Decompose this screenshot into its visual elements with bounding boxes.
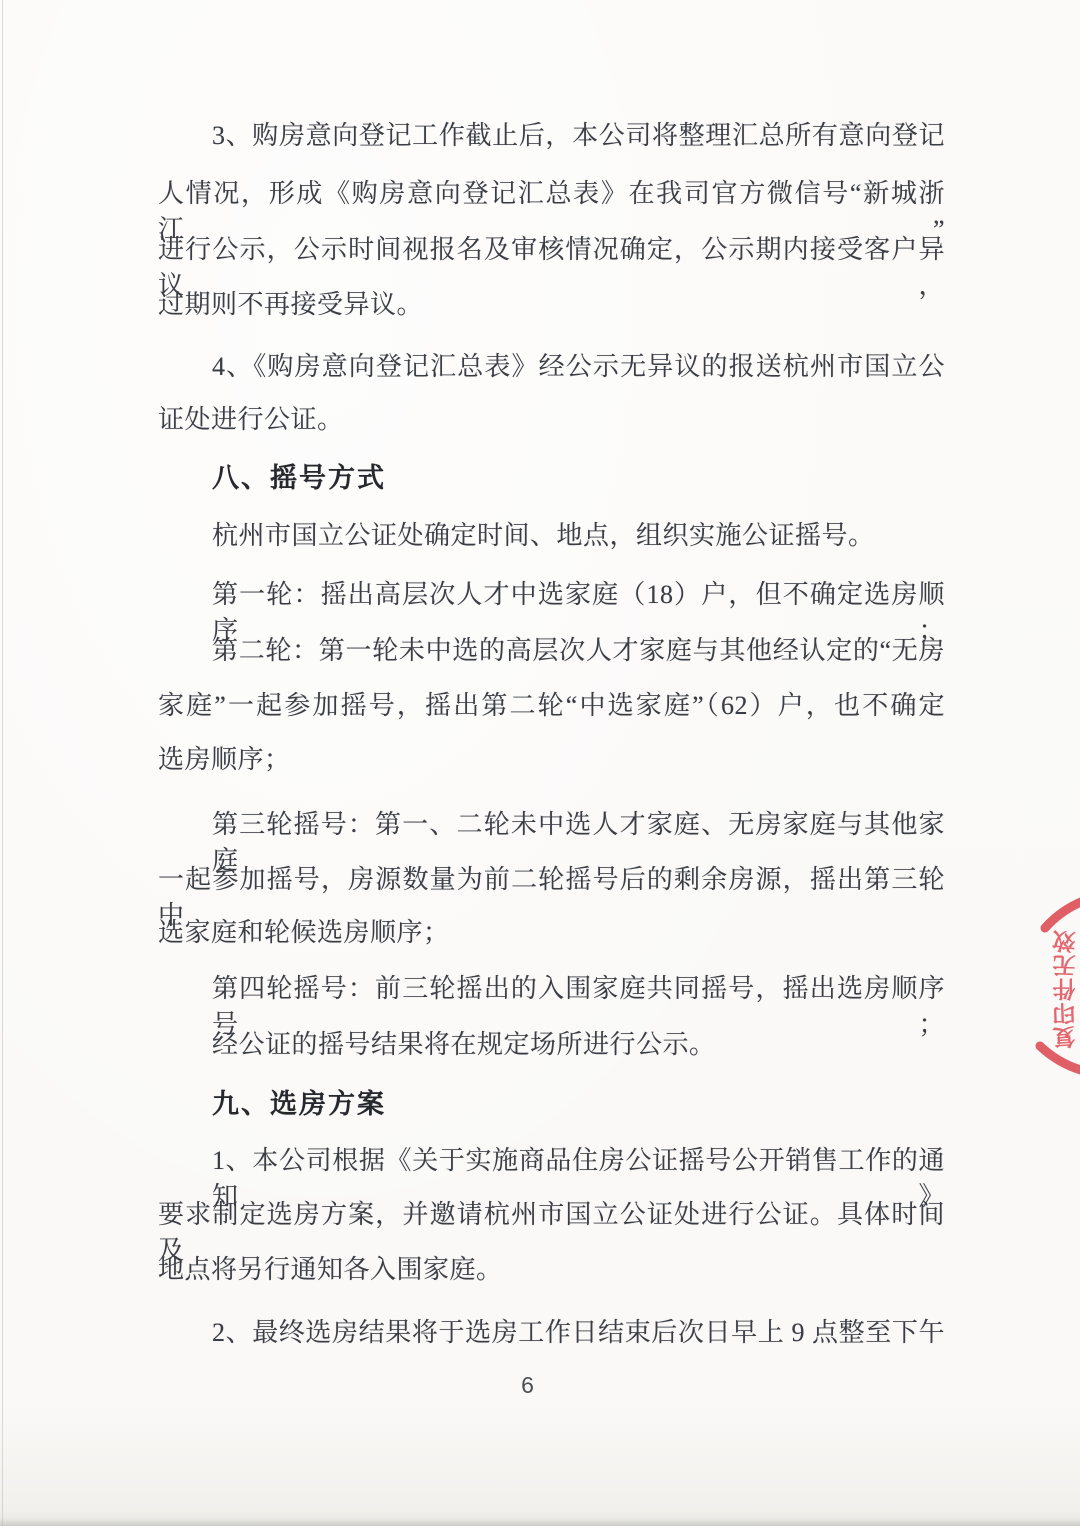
stamp-arc-top	[1045, 900, 1080, 928]
document-page: 3、购房意向登记工作截止后，本公司将整理汇总所有意向登记 人情况，形成《购房意向…	[0, 0, 1080, 1526]
document-line: 4、《购房意向登记汇总表》经公示无异议的报送杭州市国立公	[158, 349, 945, 385]
stamp-char: 印	[1052, 1000, 1076, 1026]
document-line: 杭州市国立公证处确定时间、地点，组织实施公证摇号。	[158, 518, 945, 554]
red-seal-stamp: 效 无 件 印 复	[1032, 893, 1080, 1079]
document-line: 家庭”一起参加摇号，摇出第二轮“中选家庭”（62）户，也不确定	[158, 688, 945, 724]
document-line: 经公证的摇号结果将在规定场所进行公示。	[158, 1027, 945, 1063]
section-heading-house-selection: 九、选房方案	[158, 1086, 945, 1122]
stamp-char: 效	[1052, 927, 1077, 954]
document-line: 第二轮：第一轮未中选的高层次人才家庭与其他经认定的“无房	[158, 633, 945, 669]
document-line: 2、最终选房结果将于选房工作日结束后次日早上 9 点整至下午	[158, 1315, 945, 1351]
stamp-char: 复	[1052, 1023, 1077, 1051]
document-line: 过期则不再接受异议。	[158, 287, 945, 323]
scan-edge-bottom	[0, 1519, 1080, 1526]
scan-edge-left	[2, 0, 3, 1526]
section-heading-lottery-method: 八、摇号方式	[158, 460, 945, 496]
document-line: 选家庭和轮候选房顺序；	[158, 915, 945, 951]
document-line: 证处进行公证。	[158, 402, 945, 438]
document-line: 选房顺序；	[158, 742, 945, 778]
document-line: 地点将另行通知各入围家庭。	[158, 1252, 945, 1288]
stamp-char: 件	[1053, 976, 1076, 1001]
page-number: 6	[0, 1372, 1055, 1399]
stamp-char: 无	[1052, 952, 1076, 978]
document-line: 3、购房意向登记工作截止后，本公司将整理汇总所有意向登记	[158, 118, 945, 154]
